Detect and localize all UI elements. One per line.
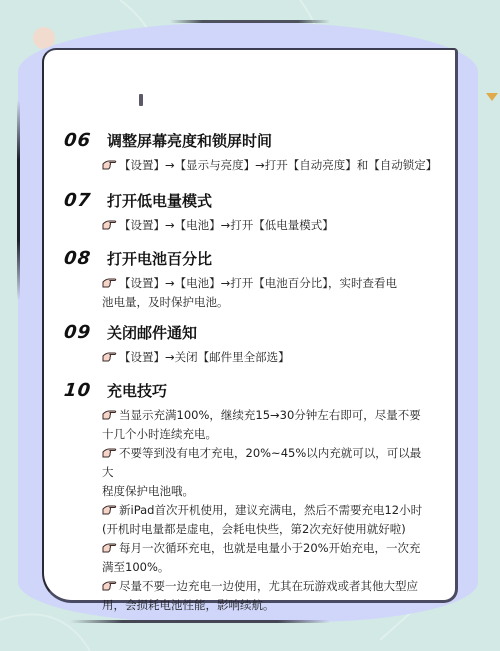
frame-shadow-bottom bbox=[70, 620, 330, 623]
section-header: 08 打开电池百分比 bbox=[64, 246, 460, 268]
pointing-hand-icon bbox=[102, 277, 117, 288]
body-line: 十几个小时连续充电。 bbox=[102, 425, 432, 444]
section-body: 【设置】→【显示与亮度】→打开【自动亮度】和【自动锁定】 bbox=[102, 156, 462, 175]
body-line: 【设置】→【电池】→打开【低电量模式】 bbox=[102, 216, 432, 235]
section-title: 调整屏幕亮度和锁屏时间 bbox=[104, 132, 276, 150]
section-10: 10 充电技巧 当显示充满100%，继续充15→30分钟左右即可，尽量不要 十几… bbox=[64, 378, 460, 615]
frame-shadow-left bbox=[17, 100, 20, 300]
pointing-hand-icon bbox=[102, 219, 117, 230]
section-title: 打开电池百分比 bbox=[104, 250, 216, 268]
section-number: 09 bbox=[63, 324, 103, 342]
body-line: 【设置】→【显示与亮度】→打开【自动亮度】和【自动锁定】 bbox=[102, 156, 462, 175]
body-line: 每月一次循环充电，也就是电量小于20%开始充电，一次充 bbox=[102, 539, 432, 558]
body-line: 用，会损耗电池性能，影响续航。 bbox=[102, 596, 432, 615]
section-number: 10 bbox=[63, 382, 103, 400]
body-line: 池电量，及时保护电池。 bbox=[102, 293, 432, 312]
section-number: 06 bbox=[63, 132, 103, 150]
section-06: 06 调整屏幕亮度和锁屏时间 【设置】→【显示与亮度】→打开【自动亮度】和【自动… bbox=[64, 128, 460, 175]
body-line: 不要等到没有电才充电，20%~45%以内充就可以，可以最大 bbox=[102, 444, 432, 482]
content-card: 06 调整屏幕亮度和锁屏时间 【设置】→【显示与亮度】→打开【自动亮度】和【自动… bbox=[42, 48, 458, 603]
pointing-hand-icon bbox=[102, 447, 117, 458]
section-header: 07 打开低电量模式 bbox=[64, 188, 460, 210]
section-body: 当显示充满100%，继续充15→30分钟左右即可，尽量不要 十几个小时连续充电。… bbox=[102, 406, 432, 615]
section-header: 09 关闭邮件通知 bbox=[64, 320, 460, 342]
section-header: 06 调整屏幕亮度和锁屏时间 bbox=[64, 128, 460, 150]
body-line: 【设置】→关闭【邮件里全部选】 bbox=[102, 348, 432, 367]
body-line: 新iPad首次开机使用，建议充满电，然后不需要充电12小时 bbox=[102, 501, 432, 520]
section-number: 07 bbox=[63, 192, 103, 210]
section-body: 【设置】→【电池】→打开【低电量模式】 bbox=[102, 216, 432, 235]
body-line: 【设置】→【电池】→打开【电池百分比】，实时查看电 bbox=[102, 274, 432, 293]
section-07: 07 打开低电量模式 【设置】→【电池】→打开【低电量模式】 bbox=[64, 188, 460, 235]
section-08: 08 打开电池百分比 【设置】→【电池】→打开【电池百分比】，实时查看电 池电量… bbox=[64, 246, 460, 312]
decorative-mark bbox=[139, 94, 143, 106]
body-line: 尽量不要一边充电一边使用，尤其在玩游戏或者其他大型应 bbox=[102, 577, 432, 596]
body-line: 当显示充满100%，继续充15→30分钟左右即可，尽量不要 bbox=[102, 406, 432, 425]
pointing-hand-icon bbox=[102, 159, 117, 170]
section-number: 08 bbox=[63, 250, 103, 268]
section-title: 打开低电量模式 bbox=[104, 192, 216, 210]
section-title: 充电技巧 bbox=[104, 382, 207, 400]
pointing-hand-icon bbox=[102, 504, 117, 515]
pointing-hand-icon bbox=[102, 351, 117, 362]
body-line: 程度保护电池哦。 bbox=[102, 482, 432, 501]
section-title: 关闭邮件通知 bbox=[104, 324, 201, 342]
pointing-hand-icon bbox=[102, 409, 117, 420]
section-header: 10 充电技巧 bbox=[64, 378, 460, 400]
section-body: 【设置】→【电池】→打开【电池百分比】，实时查看电 池电量，及时保护电池。 bbox=[102, 274, 432, 312]
frame-shadow-top bbox=[170, 20, 330, 23]
section-09: 09 关闭邮件通知 【设置】→关闭【邮件里全部选】 bbox=[64, 320, 460, 367]
body-line: 满至100%。 bbox=[102, 558, 432, 577]
section-body: 【设置】→关闭【邮件里全部选】 bbox=[102, 348, 432, 367]
pointing-hand-icon bbox=[102, 580, 117, 591]
pointing-hand-icon bbox=[102, 542, 117, 553]
body-line: (开机时电量都是虚电，会耗电快些，第2次充好使用就好啦) bbox=[102, 520, 432, 539]
heart-icon bbox=[486, 93, 498, 101]
